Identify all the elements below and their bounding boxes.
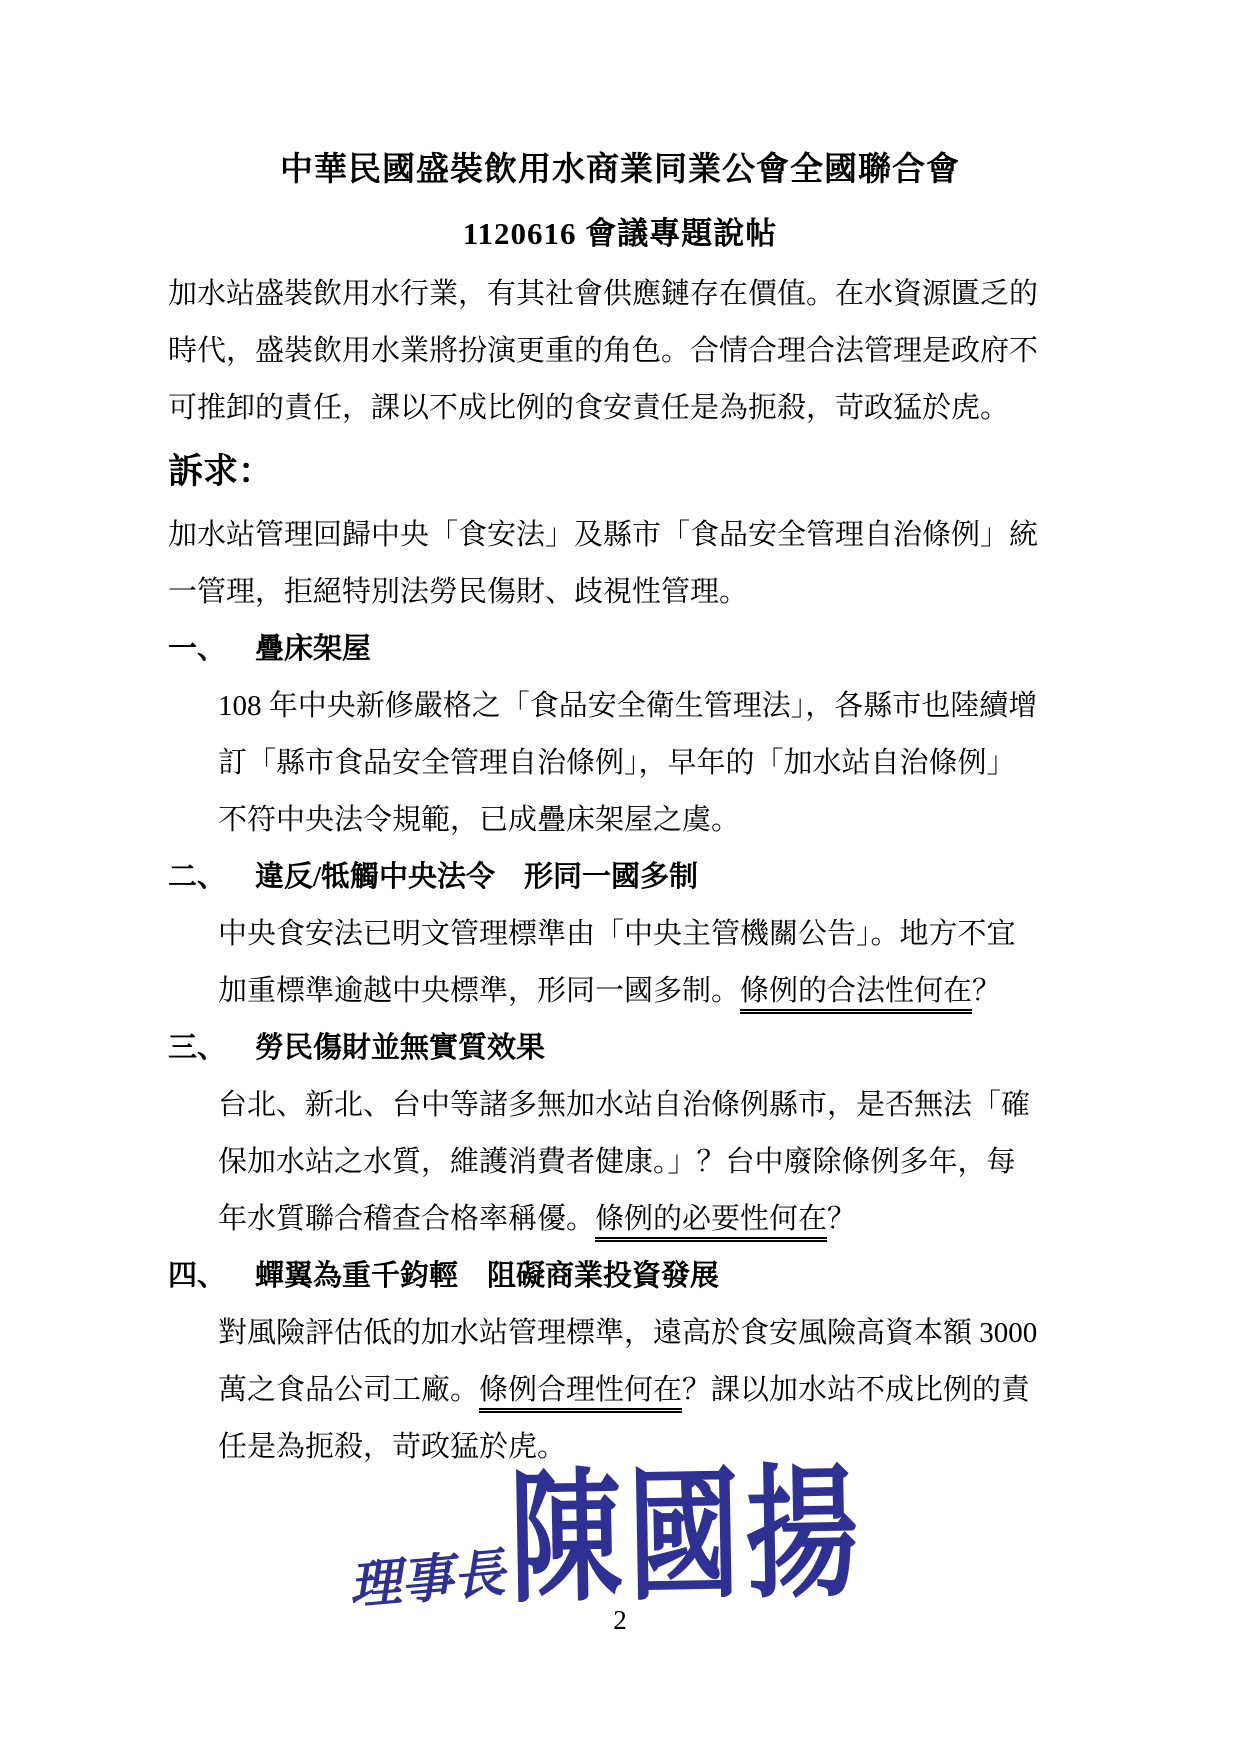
section-title: 勞民傷財並無實質效果 — [255, 1020, 545, 1077]
text-segment: 中央食安法已明文管理標準由「中央主管機關公告」。地方不宜 — [218, 918, 1016, 950]
body-line: 保加水站之水質，維護消費者健康。」？台中廢除條例多年，每 — [218, 1134, 1072, 1191]
text-segment: 台北、新北、台中等諸多無加水站自治條例縣市，是否無法「確 — [218, 1089, 1030, 1121]
body-line: 加重標準逾越中央標準，形同一國多制。條例的合法性何在？ — [218, 963, 1072, 1020]
body-line: 對風險評估低的加水站管理標準，遠高於食安風險高資本額 3000 — [218, 1305, 1072, 1362]
document-subtitle: 1120616 會議專題說帖 — [0, 202, 1240, 266]
body-line: 年水質聯合稽查合格率稱優。條例的必要性何在？ — [218, 1191, 1072, 1248]
section-title: 違反/牴觸中央法令 形同一國多制 — [255, 849, 698, 906]
text-segment: ？ — [972, 975, 1001, 1007]
body-line: 訂「縣市食品安全管理自治條例」，早年的「加水站自治條例」 — [218, 735, 1072, 792]
text-segment: 萬之食品公司工廠。 — [218, 1374, 479, 1406]
body-line: 中央食安法已明文管理標準由「中央主管機關公告」。地方不宜 — [218, 906, 1072, 963]
intro-line: 加水站盛裝飲用水行業，有其社會供應鏈存在價值。在水資源匱乏的 — [168, 266, 1072, 323]
intro-line: 可推卸的責任，課以不成比例的食安責任是為扼殺，苛政猛於虎。 — [168, 380, 1072, 437]
section-1-body: 108 年中央新修嚴格之「食品安全衛生管理法」，各縣市也陸續增 訂「縣市食品安全… — [218, 678, 1072, 849]
section-number: 四、 — [168, 1248, 255, 1305]
text-segment: 108 年中央新修嚴格之「食品安全衛生管理法」，各縣市也陸續增 — [218, 690, 1037, 722]
body-line: 萬之食品公司工廠。條例合理性何在？課以加水站不成比例的責 — [218, 1362, 1072, 1419]
section-title: 蟬翼為重千鈞輕 阻礙商業投資發展 — [255, 1248, 719, 1305]
text-segment: 一管理，拒絕特別法勞民傷財、歧視性管理。 — [168, 576, 748, 608]
section-2-body: 中央食安法已明文管理標準由「中央主管機關公告」。地方不宜 加重標準逾越中央標準，… — [218, 906, 1072, 1020]
section-number: 三、 — [168, 1020, 255, 1077]
document-page: 中華民國盛裝飲用水商業同業公會全國聯合會 1120616 會議專題說帖 加水站盛… — [0, 0, 1240, 1754]
section-number: 一、 — [168, 621, 255, 678]
section-3-body: 台北、新北、台中等諸多無加水站自治條例縣市，是否無法「確 保加水站之水質，維護消… — [218, 1077, 1072, 1248]
section-title: 疊床架屋 — [255, 621, 371, 678]
underlined-question: 條例的必要性何在 — [595, 1203, 827, 1242]
section-2-heading: 二、 違反/牴觸中央法令 形同一國多制 — [168, 849, 1072, 906]
text-segment: ？課以加水站不成比例的責 — [682, 1374, 1030, 1406]
text-segment: ？ — [827, 1203, 856, 1235]
document-body: 加水站盛裝飲用水行業，有其社會供應鏈存在價值。在水資源匱乏的 時代，盛裝飲用水業… — [168, 266, 1072, 1476]
page-number: 2 — [0, 1602, 1240, 1638]
underlined-question: 條例的合法性何在 — [740, 975, 972, 1014]
text-segment: 保加水站之水質，維護消費者健康。」？台中廢除條例多年，每 — [218, 1146, 1016, 1178]
text-segment: 可推卸的責任，課以不成比例的食安責任是為扼殺，苛政猛於虎。 — [168, 392, 1009, 424]
text-segment: 加重標準逾越中央標準，形同一國多制。 — [218, 975, 740, 1007]
section-4-heading: 四、 蟬翼為重千鈞輕 阻礙商業投資發展 — [168, 1248, 1072, 1305]
text-segment: 年水質聯合稽查合格率稱優。 — [218, 1203, 595, 1235]
intro-line: 時代，盛裝飲用水業將扮演更重的角色。合情合理合法管理是政府不 — [168, 323, 1072, 380]
section-1: 一、 疊床架屋 108 年中央新修嚴格之「食品安全衛生管理法」，各縣市也陸續增 … — [168, 621, 1072, 849]
text-segment: 不符中央法令規範，已成疊床架屋之虞。 — [218, 804, 740, 836]
signature-name: 陳國揚 — [508, 1418, 866, 1630]
appeal-line: 一管理，拒絕特別法勞民傷財、歧視性管理。 — [168, 564, 1072, 621]
document-title: 中華民國盛裝飲用水商業同業公會全國聯合會 — [0, 0, 1240, 202]
section-number: 二、 — [168, 849, 255, 906]
text-segment: 時代，盛裝飲用水業將扮演更重的角色。合情合理合法管理是政府不 — [168, 335, 1038, 367]
text-segment: 加水站盛裝飲用水行業，有其社會供應鏈存在價值。在水資源匱乏的 — [168, 278, 1038, 310]
appeal-heading: 訴求： — [168, 437, 1072, 507]
section-2: 二、 違反/牴觸中央法令 形同一國多制 中央食安法已明文管理標準由「中央主管機關… — [168, 849, 1072, 1020]
appeal-line: 加水站管理回歸中央「食安法」及縣市「食品安全管理自治條例」統 — [168, 507, 1072, 564]
body-line: 108 年中央新修嚴格之「食品安全衛生管理法」，各縣市也陸續增 — [218, 678, 1072, 735]
text-segment: 對風險評估低的加水站管理標準，遠高於食安風險高資本額 3000 — [218, 1317, 1037, 1349]
section-1-heading: 一、 疊床架屋 — [168, 621, 1072, 678]
section-3: 三、 勞民傷財並無實質效果 台北、新北、台中等諸多無加水站自治條例縣市，是否無法… — [168, 1020, 1072, 1248]
underlined-question: 條例合理性何在 — [479, 1374, 682, 1413]
section-3-heading: 三、 勞民傷財並無實質效果 — [168, 1020, 1072, 1077]
text-segment: 加水站管理回歸中央「食安法」及縣市「食品安全管理自治條例」統 — [168, 519, 1038, 551]
text-segment: 訂「縣市食品安全管理自治條例」，早年的「加水站自治條例」 — [218, 747, 1016, 779]
body-line: 台北、新北、台中等諸多無加水站自治條例縣市，是否無法「確 — [218, 1077, 1072, 1134]
body-line: 不符中央法令規範，已成疊床架屋之虞。 — [218, 792, 1072, 849]
